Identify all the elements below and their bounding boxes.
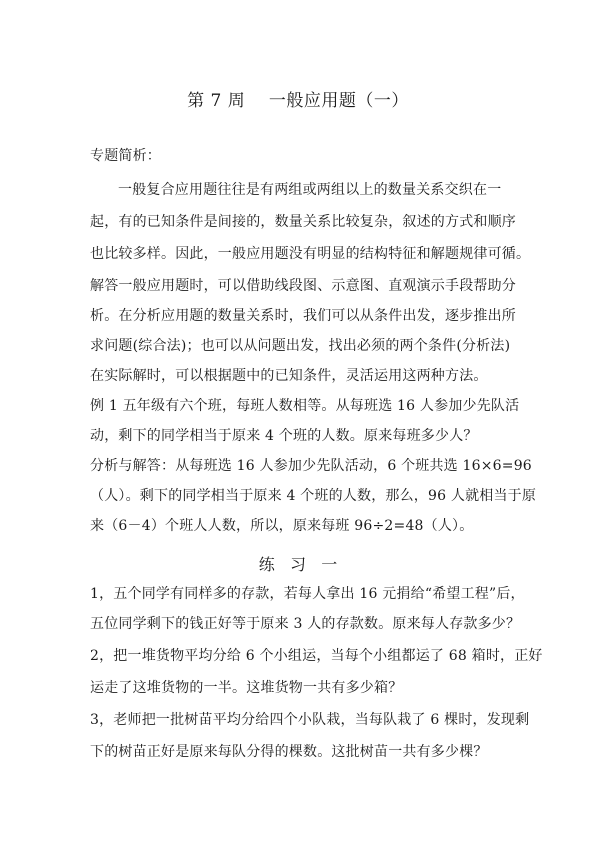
exercise-line: 2，把一堆货物平均分给 6 个小组运，当每个小组都运了 68 箱时，正好 bbox=[90, 646, 520, 666]
exercise-line: 3，老师把一批树苗平均分给四个小队栽，当每队栽了 6 棵时，发现剩 bbox=[90, 710, 520, 730]
exercise-line: 1，五个同学有同样多的存款，若每人拿出 16 元捐给“希望工程”后， bbox=[90, 584, 520, 604]
page-title: 第 7 周 一般应用题（一） bbox=[0, 86, 596, 111]
intro-line: 在实际解时，可以根据题中的已知条件，灵活运用这两种方法。 bbox=[90, 366, 520, 386]
intro-line: 起，有的已知条件是间接的，数量关系比较复杂，叙述的方式和顺序 bbox=[90, 212, 520, 232]
example-line: 例 1 五年级有六个班，每班人数相等。从每班选 16 人参加少先队活 bbox=[90, 396, 520, 416]
intro-label: 专题简析： bbox=[90, 146, 520, 166]
document-page: 第 7 周 一般应用题（一） 专题简析： 一般复合应用题往往是有两组或两组以上的… bbox=[0, 0, 596, 842]
intro-line: 析。在分析应用题的数量关系时，我们可以从条件出发，逐步推出所 bbox=[90, 306, 520, 326]
intro-line: 一般复合应用题往往是有两组或两组以上的数量关系交织在一 bbox=[118, 180, 548, 200]
exercise-line: 运走了这堆货物的一半。这堆货物一共有多少箱？ bbox=[90, 678, 520, 698]
example-line: 动，剩下的同学相当于原来 4 个班的人数。原来每班多少人？ bbox=[90, 426, 520, 446]
intro-line: 也比较多样。因此，一般应用题没有明显的结构特征和解题规律可循。 bbox=[90, 244, 520, 264]
intro-line: 求问题(综合法)；也可以从问题出发，找出必须的两个条件(分析法) bbox=[90, 336, 520, 356]
analysis-line: 分析与解答：从每班选 16 人参加少先队活动，6 个班共选 16×6=96 bbox=[90, 456, 520, 476]
intro-line: 解答一般应用题时，可以借助线段图、示意图、直观演示手段帮助分 bbox=[90, 276, 520, 296]
exercise-heading: 练 习 一 bbox=[0, 552, 596, 575]
analysis-line: （人）。剩下的同学相当于原来 4 个班的人数，那么，96 人就相当于原 bbox=[90, 486, 520, 506]
exercise-line: 五位同学剩下的钱正好等于原来 3 人的存款数。原来每人存款多少？ bbox=[90, 614, 520, 634]
exercise-line: 下的树苗正好是原来每队分得的棵数。这批树苗一共有多少棵？ bbox=[90, 742, 520, 762]
analysis-line: 来（6－4）个班人人数，所以，原来每班 96÷2=48（人）。 bbox=[90, 516, 520, 536]
